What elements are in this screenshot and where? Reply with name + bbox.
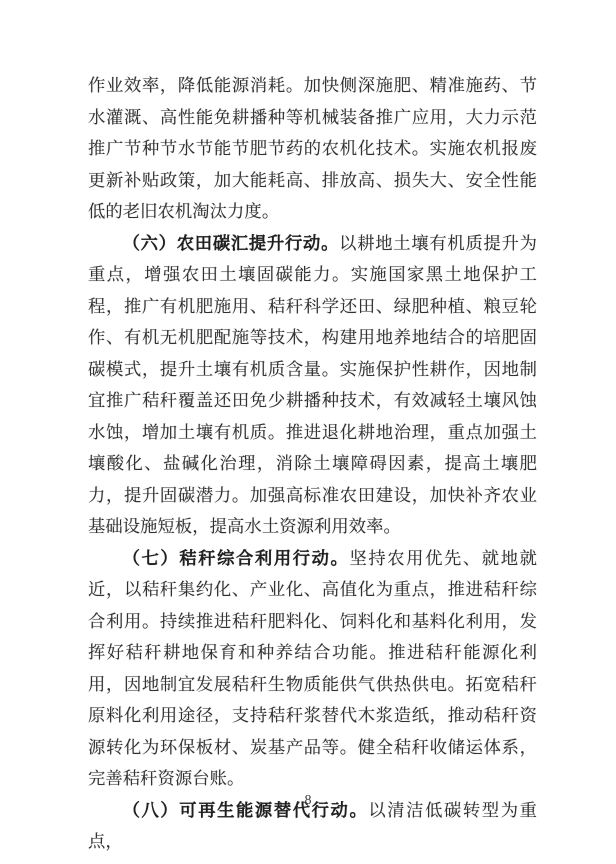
page-number: 8 — [0, 791, 616, 811]
section-6-heading: （六）农田碳汇提升行动。 — [123, 234, 340, 253]
paragraph-text: 作业效率，降低能源消耗。加快侧深施肥、精准施药、节水灌溉、高性能免耕播种等机械装… — [88, 76, 537, 221]
document-body: 作业效率，降低能源消耗。加快侧深施肥、精准施药、节水灌溉、高性能免耕播种等机械装… — [88, 70, 537, 858]
section-7-heading: （七）秸秆综合利用行动。 — [123, 549, 350, 568]
paragraph-text: 坚持农用优先、就地就近，以秸秆集约化、产业化、高值化为重点，推进秸秆综合利用。持… — [88, 549, 537, 789]
paragraph-section-7: （七）秸秆综合利用行动。坚持农用优先、就地就近，以秸秆集约化、产业化、高值化为重… — [88, 543, 537, 795]
document-page: 作业效率，降低能源消耗。加快侧深施肥、精准施药、节水灌溉、高性能免耕播种等机械装… — [0, 0, 616, 864]
paragraph-section-6: （六）农田碳汇提升行动。以耕地土壤有机质提升为重点，增强农田土壤固碳能力。实施国… — [88, 228, 537, 543]
paragraph-text: 以耕地土壤有机质提升为重点，增强农田土壤固碳能力。实施国家黑土地保护工程，推广有… — [88, 234, 537, 537]
paragraph-continuation: 作业效率，降低能源消耗。加快侧深施肥、精准施药、节水灌溉、高性能免耕播种等机械装… — [88, 70, 537, 228]
